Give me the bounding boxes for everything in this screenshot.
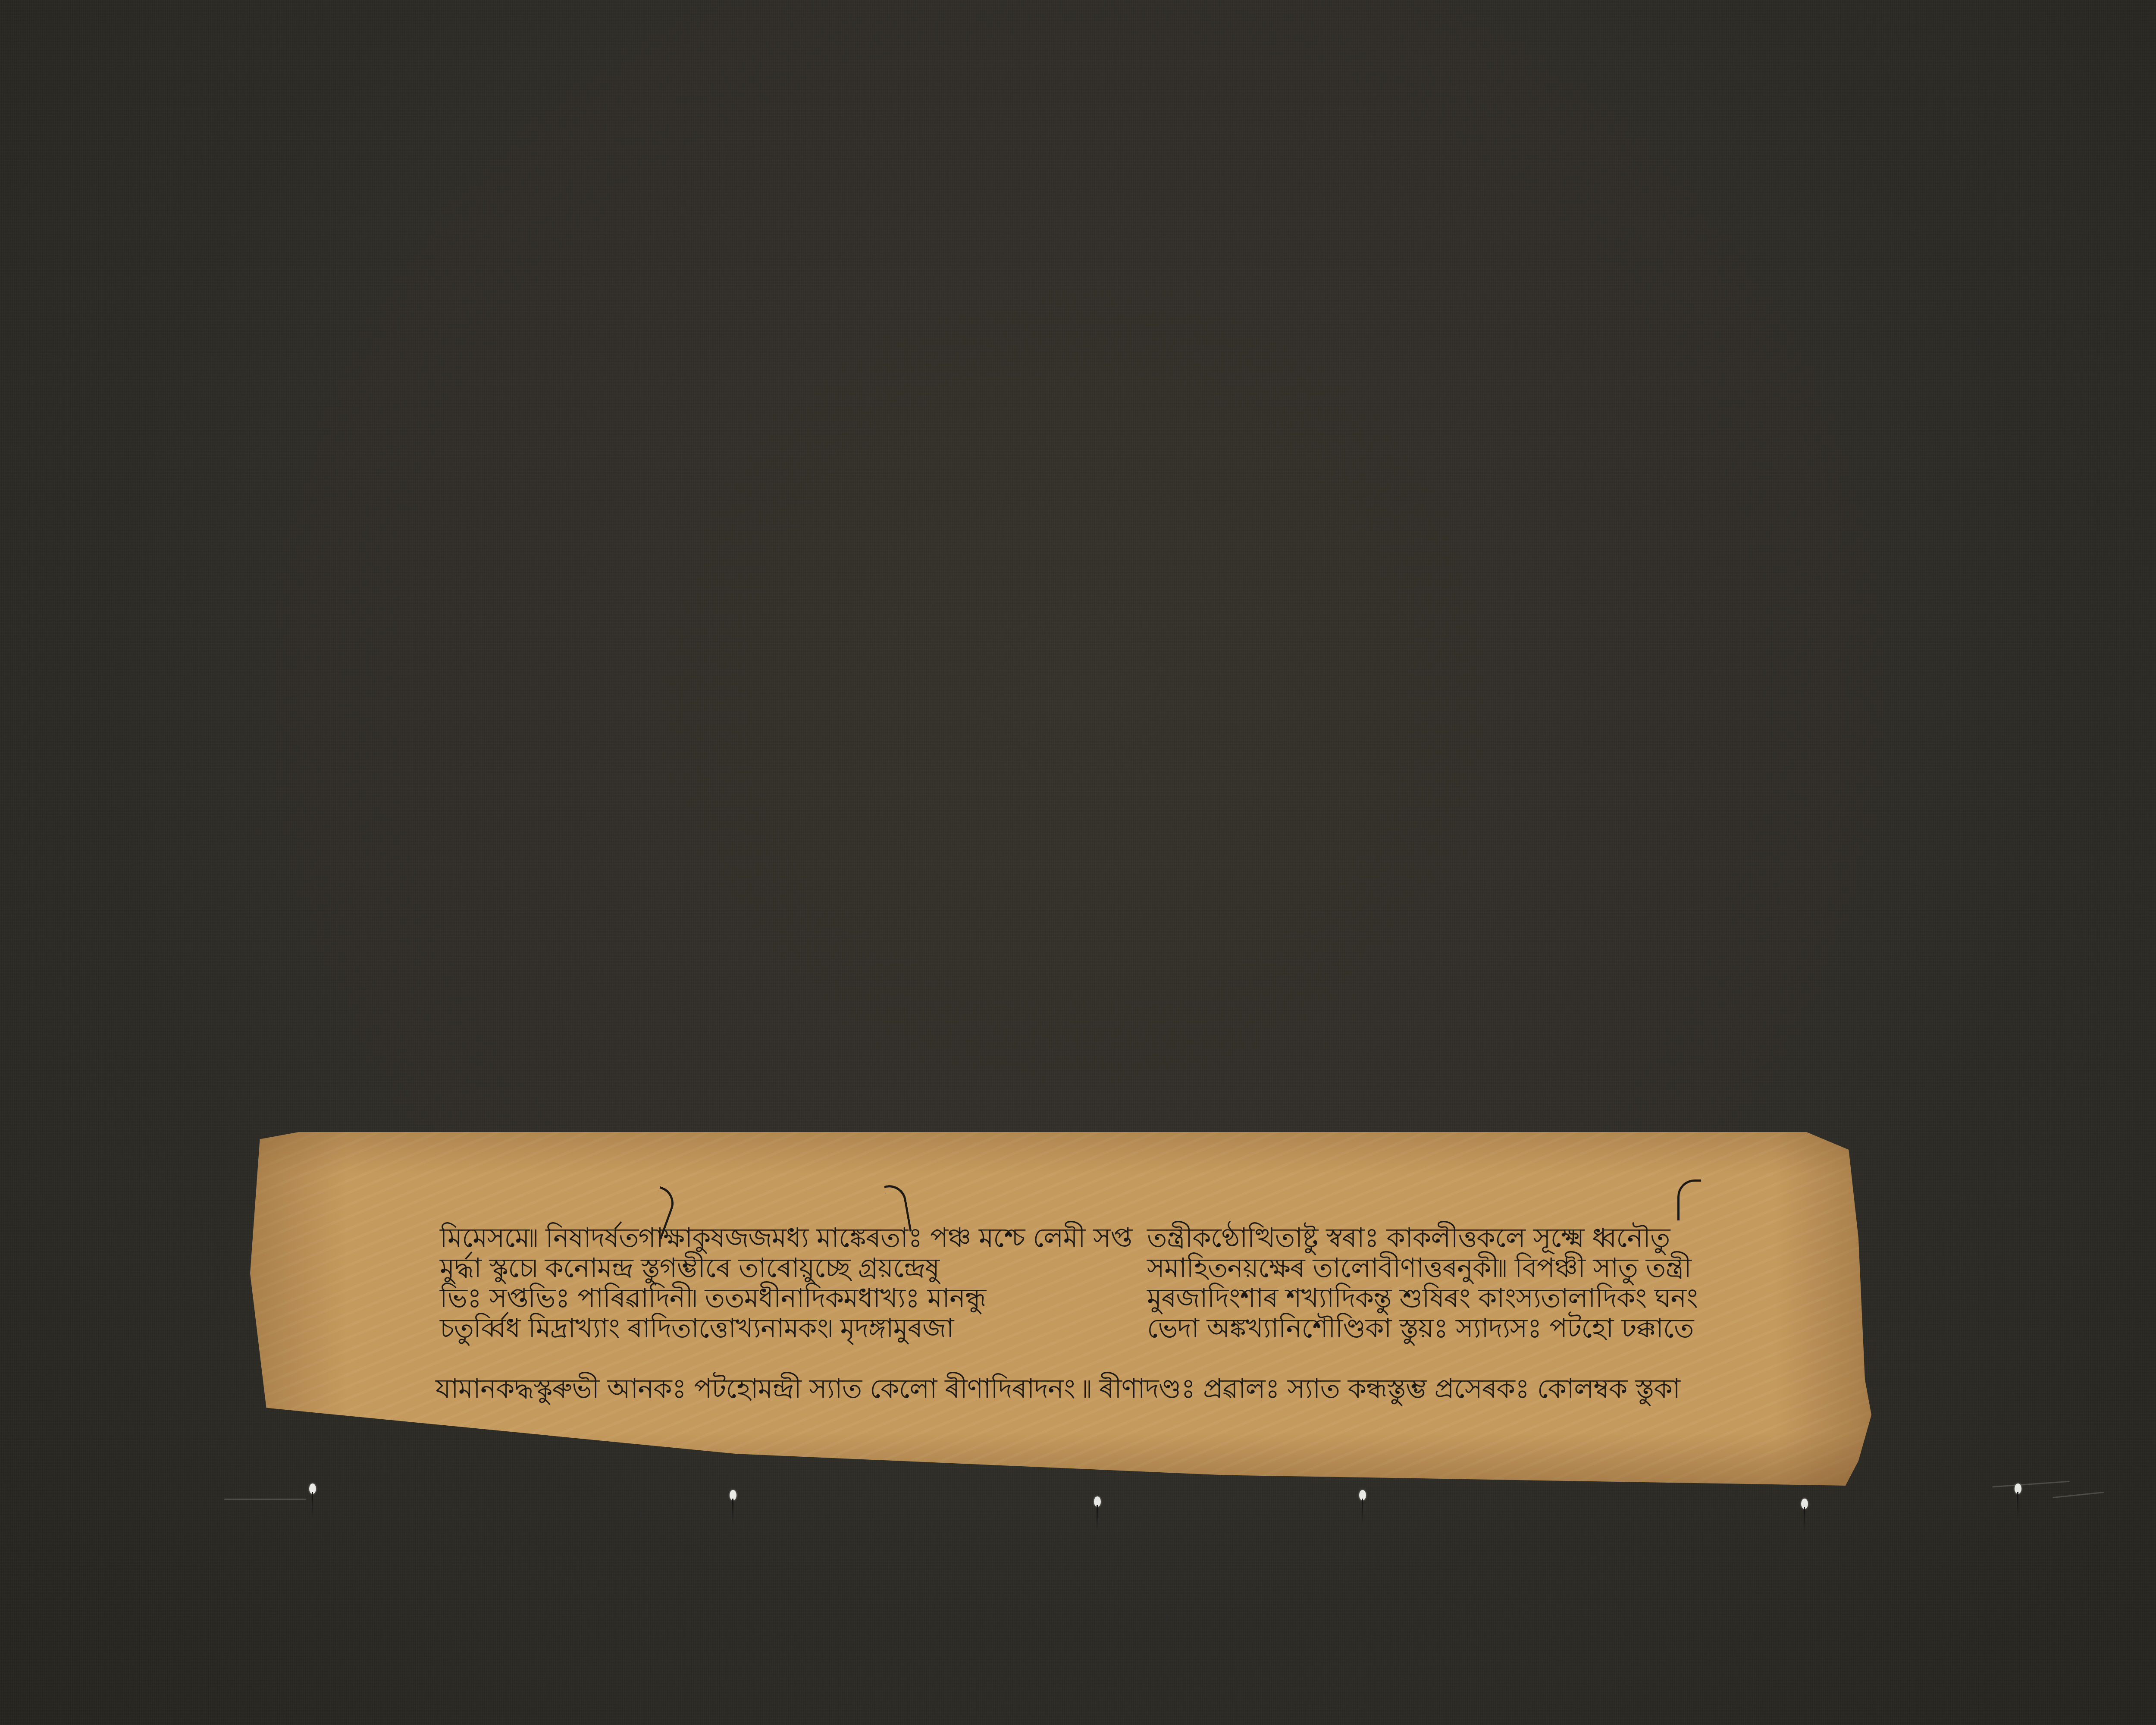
manuscript-line: সমাহিতনয়ক্ষেৰ তালোবীণাত্তৰনুকী৷৷ বিপঞ্চ… <box>1147 1253 1698 1283</box>
ink-flourish <box>1677 1179 1701 1220</box>
manuscript-line: ভেদা অঙ্কখ্যানিশৌণ্ডিকা স্তুয়ঃ স্যাদ্যস… <box>1147 1313 1698 1343</box>
manuscript-line: চতুৰ্ব্বিধ মিদ্ৰাখ্যাং ৰাদিতাত্তোখ্যনামক… <box>440 1313 1132 1343</box>
mounting-pin <box>309 1483 316 1494</box>
mounting-pin <box>730 1490 736 1500</box>
manuscript-line: মিমেসমে৷৷ নিষাদৰ্ষতগাক্ষাকুষজজমধ্য মাঙ্ক… <box>440 1223 1132 1253</box>
mounting-pin <box>1801 1499 1808 1509</box>
manuscript-line: মুৰ্দ্ধা স্কুচে৷ কনোমন্দ্র স্তুগম্ভীৰে ত… <box>440 1253 1132 1283</box>
manuscript-line: ভিঃ সপ্তভিঃ পাৰিৱাদিনী৷ ততমধীনাদিকমধাখ্য… <box>440 1283 1132 1313</box>
mounting-pin <box>1094 1496 1101 1507</box>
mounting-pin <box>1359 1490 1366 1500</box>
manuscript-left-column: মিমেসমে৷৷ নিষাদৰ্ষতগাক্ষাকুষজজমধ্য মাঙ্ক… <box>440 1223 1132 1343</box>
mounting-pin <box>2015 1483 2021 1494</box>
manuscript-right-column: তন্ত্ৰীকণ্ঠোত্থিতাষ্টু স্বৰাঃ কাকলীত্তকল… <box>1147 1223 1698 1343</box>
manuscript-last-line: যামানকদ্ধস্কুৰুভী আনকঃ পটহোমন্দ্রী স্যাত… <box>436 1374 1680 1404</box>
manuscript-line: যামানকদ্ধস্কুৰুভী আনকঃ পটহোমন্দ্রী স্যাত… <box>436 1373 1075 1404</box>
manuscript-line: মুৰজাদিংশাৰ শখ্যাদিকন্তু শুষিৰং কাংস্যতা… <box>1147 1283 1698 1313</box>
manuscript-line: তন্ত্ৰীকণ্ঠোত্থিতাষ্টু স্বৰাঃ কাকলীত্তকল… <box>1147 1223 1698 1253</box>
board-scratch <box>224 1499 306 1500</box>
manuscript-line: ৷৷ ৰীণাদণ্ডঃ প্ৰৱালঃ স্যাত কন্ধস্তুম্ভ প… <box>1083 1373 1680 1404</box>
